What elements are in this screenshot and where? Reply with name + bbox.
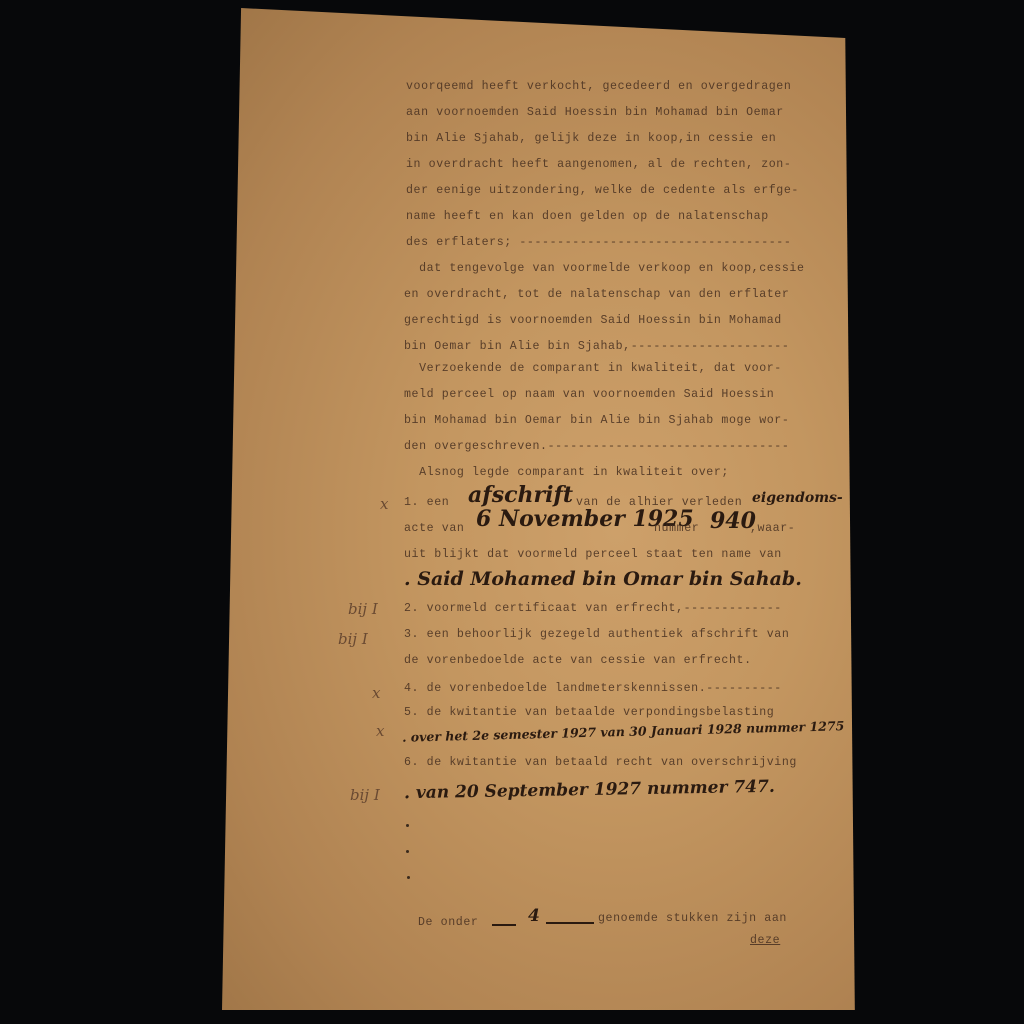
item1-prefix: 1. een [404,496,449,509]
footer-pre: De onder [418,916,478,929]
margin-mark-x: x [372,684,380,702]
handwritten-afschrift: afschrift [468,482,573,508]
text-line: in overdracht heeft aangenomen, al de re… [406,158,791,171]
text-line: gerechtigd is voornoemden Said Hoessin b… [404,314,782,327]
text-line: aan voornoemden Said Hoessin bin Mohamad… [406,106,784,119]
item5-typed: 5. de kwitantie van betaalde verpondings… [404,706,774,719]
text-line: dat tengevolge van voormelde verkoop en … [404,262,805,275]
handwritten-dash [492,924,516,926]
handwritten-name: . Said Mohamed bin Omar bin Sahab. [404,568,802,590]
text-line: Verzoekende de comparant in kwaliteit, d… [404,362,782,375]
text-line: bin Oemar bin Alie bin Sjahab,----------… [404,340,789,353]
item4: 4. de vorenbedoelde landmeterskennissen.… [404,682,782,695]
text-line: bin Alie Sjahab, gelijk deze in koop,in … [406,132,776,145]
text-line: der eenige uitzondering, welke de cedent… [406,184,799,197]
handwritten-count: 4 [528,906,540,926]
text-line: voorqeemd heeft verkocht, gecedeerd en o… [406,80,791,93]
margin-mark-x: x [376,722,384,740]
dot-mark [406,824,409,827]
text-line: en overdracht, tot de nalatenschap van d… [404,288,789,301]
margin-mark-bij-i: bij I [338,630,368,648]
text-line: des erflaters; -------------------------… [406,236,791,249]
margin-mark-bij-i: bij I [350,786,380,804]
dot-mark [407,876,410,879]
handwritten-eigendoms: eigendoms- [752,490,843,506]
item6-typed: 6. de kwitantie van betaald recht van ov… [404,756,797,769]
item3-line1: 3. een behoorlijk gezegeld authentiek af… [404,628,789,641]
item1-waar: ,waar- [750,522,795,535]
item3-line2: de vorenbedoelde acte van cessie van erf… [404,654,752,667]
footer-post: genoemde stukken zijn aan [598,912,787,925]
list-intro: Alsnog legde comparant in kwaliteit over… [404,466,729,479]
item1-nummer: nummer [654,522,699,535]
item1-line2-prefix: acte van [404,522,464,535]
footer-last-word: deze [750,934,780,947]
margin-mark-bij-i: bij I [348,600,378,618]
text-line: meld perceel op naam van voornoemden Sai… [404,388,774,401]
margin-mark-x: x [380,495,388,513]
handwritten-dash [546,922,594,924]
dot-mark [406,850,409,853]
text-line: den overgeschreven.---------------------… [404,440,789,453]
text-line: name heeft en kan doen gelden op de nala… [406,210,769,223]
text-line: uit blijkt dat voormeld perceel staat te… [404,548,782,561]
item2: 2. voormeld certificaat van erfrecht,---… [404,602,782,615]
text-line: bin Mohamad bin Oemar bin Alie bin Sjaha… [404,414,789,427]
